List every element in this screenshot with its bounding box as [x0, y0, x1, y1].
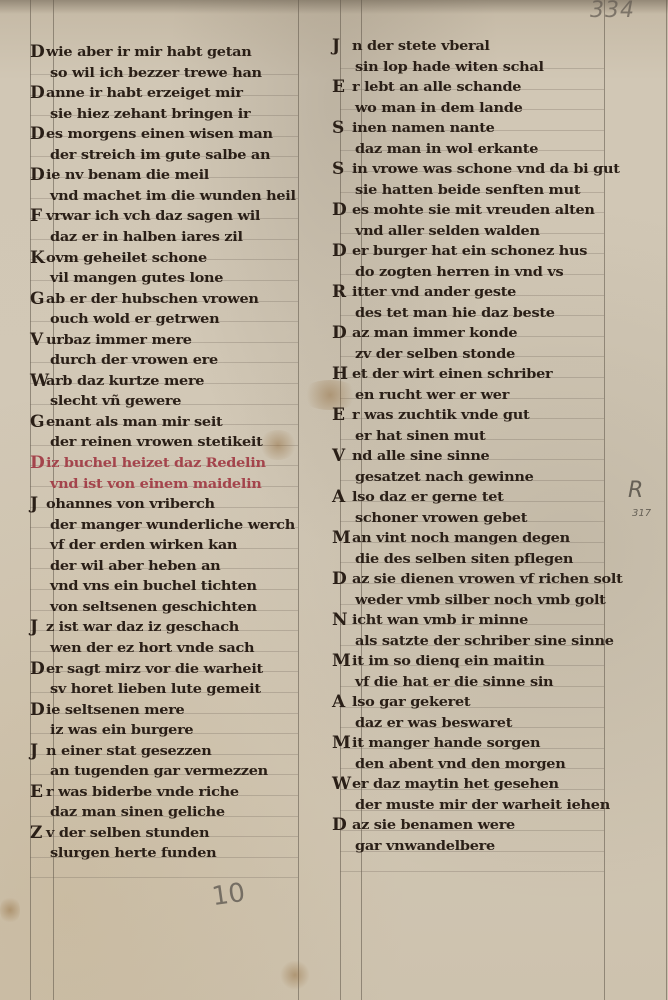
- verse-initial: D: [30, 700, 45, 720]
- verse-initial: D: [30, 659, 45, 679]
- verse-line: v der selben stunden: [46, 825, 209, 841]
- ruling-line: [298, 0, 299, 1000]
- ruling-line: [666, 0, 667, 1000]
- margin-note-number: 317: [632, 508, 651, 519]
- verse-line: ie nv benam die meil: [46, 167, 209, 183]
- verse-line: sin lop hade witen schal: [355, 59, 544, 75]
- verse-line: it manger hande sorgen: [352, 735, 540, 751]
- verse-initial: E: [332, 405, 345, 425]
- verse-line: den abent vnd den morgen: [355, 756, 565, 772]
- verse-line: der wil aber heben an: [50, 558, 220, 574]
- verse-line: enant als man mir seit: [46, 414, 222, 430]
- verse-initial: D: [332, 241, 347, 261]
- verse-line: an vint noch mangen degen: [352, 530, 570, 546]
- verse-initial: F: [30, 206, 42, 226]
- verse-initial: J: [30, 741, 38, 761]
- verse-line: vf die hat er die sinne sin: [355, 674, 553, 690]
- verse-line: urbaz immer mere: [46, 332, 192, 348]
- ruling-line: [30, 877, 298, 878]
- verse-line: daz man in wol erkante: [355, 141, 538, 157]
- verse-line: slurgen herte funden: [50, 845, 216, 861]
- verse-line: ie seltsenen mere: [46, 702, 184, 718]
- verse-line: nd alle sine sinne: [352, 448, 489, 464]
- verse-line: sie hatten beide senften mut: [355, 182, 580, 198]
- verse-line: r lebt an alle schande: [352, 79, 521, 95]
- verse-line: n einer stat gesezzen: [46, 743, 211, 759]
- verse-initial: M: [332, 528, 351, 548]
- verse-initial: D: [30, 453, 45, 473]
- verse-initial: S: [332, 159, 344, 179]
- verse-line: in vrowe was schone vnd da bi gut: [352, 161, 620, 177]
- verse-line: lso gar gekeret: [352, 694, 470, 710]
- manuscript-page: 334 R 317 10 Dwie aber ir mir habt getan…: [0, 0, 668, 1000]
- verse-initial: V: [30, 330, 43, 350]
- verse-line: daz man sinen geliche: [50, 804, 225, 820]
- verse-initial: V: [332, 446, 345, 466]
- verse-initial: E: [332, 77, 345, 97]
- verse-line: sie hiez zehant bringen ir: [50, 106, 250, 122]
- verse-line: ab er der hubschen vrowen: [46, 291, 259, 307]
- verse-initial: A: [332, 692, 345, 712]
- verse-line: er sagt mirz vor die warheit: [46, 661, 263, 677]
- verse-initial: S: [332, 118, 344, 138]
- verse-line: zv der selben stonde: [355, 346, 515, 362]
- verse-line: itter vnd ander geste: [352, 284, 516, 300]
- verse-line: es morgens einen wisen man: [46, 126, 273, 142]
- verse-line: az man immer konde: [352, 325, 517, 341]
- verse-line: vf der erden wirken kan: [50, 537, 237, 553]
- verse-initial: D: [30, 124, 45, 144]
- verse-line: er burger hat ein schonez hus: [352, 243, 587, 259]
- verse-initial: A: [332, 487, 345, 507]
- verse-line: arb daz kurtze mere: [46, 373, 204, 389]
- verse-initial: M: [332, 651, 351, 671]
- verse-line: wie aber ir mir habt getan: [46, 44, 251, 60]
- verse-line: iz was ein burgere: [50, 722, 193, 738]
- verse-initial: N: [332, 610, 348, 630]
- verse-initial: M: [332, 733, 351, 753]
- verse-line: vil mangen gutes lone: [50, 270, 223, 286]
- verse-line: en rucht wer er wer: [355, 387, 509, 403]
- ink-stain: [280, 960, 310, 990]
- verse-line: wo man in dem lande: [355, 100, 523, 116]
- verse-initial: D: [332, 323, 347, 343]
- verse-line: icht wan vmb ir minne: [352, 612, 528, 628]
- verse-line: iz buchel heizet daz Redelin: [46, 455, 266, 471]
- verse-line: der streich im gute salbe an: [50, 147, 270, 163]
- verse-line: vnd vns ein buchel tichten: [50, 578, 257, 594]
- verse-line: des tet man hie daz beste: [355, 305, 555, 321]
- verse-line: sv horet lieben lute gemeit: [50, 681, 261, 697]
- verse-line: vrwar ich vch daz sagen wil: [46, 208, 260, 224]
- verse-line: slecht vñ gewere: [50, 393, 181, 409]
- verse-line: vnd ist von einem maidelin: [50, 476, 262, 492]
- verse-initial: E: [30, 782, 43, 802]
- page-top-shadow: [0, 0, 668, 14]
- verse-line: vnd aller selden walden: [355, 223, 540, 239]
- verse-initial: D: [332, 569, 347, 589]
- verse-initial: K: [30, 248, 45, 268]
- verse-line: az sie benamen were: [352, 817, 515, 833]
- verse-initial: D: [332, 200, 347, 220]
- verse-initial: G: [30, 289, 45, 309]
- ink-stain: [300, 380, 360, 410]
- verse-initial: W: [332, 774, 351, 794]
- verse-line: ouch wold er getrwen: [50, 311, 219, 327]
- verse-line: z ist war daz iz geschach: [46, 619, 239, 635]
- verse-initial: D: [30, 165, 45, 185]
- margin-note-r: R: [628, 478, 643, 503]
- verse-line: ohannes von vriberch: [46, 496, 215, 512]
- verse-line: daz er was beswaret: [355, 715, 512, 731]
- verse-line: der muste mir der warheit iehen: [355, 797, 610, 813]
- ruling-line: [604, 0, 605, 1000]
- verse-initial: D: [30, 42, 45, 62]
- verse-initial: H: [332, 364, 348, 384]
- verse-line: die des selben siten pflegen: [355, 551, 573, 567]
- verse-line: von seltsenen geschichten: [50, 599, 257, 615]
- verse-line: wen der ez hort vnde sach: [50, 640, 254, 656]
- verse-initial: D: [30, 83, 45, 103]
- pencil-mark: 10: [210, 878, 247, 912]
- verse-line: gesatzet nach gewinne: [355, 469, 534, 485]
- verse-line: es mohte sie mit vreuden alten: [352, 202, 595, 218]
- verse-line: so wil ich bezzer trewe han: [50, 65, 262, 81]
- verse-initial: Z: [30, 823, 42, 843]
- verse-line: er daz maytin het gesehen: [352, 776, 559, 792]
- verse-line: vnd machet im die wunden heil: [50, 188, 296, 204]
- verse-initial: G: [30, 412, 45, 432]
- verse-line: lso daz er gerne tet: [352, 489, 504, 505]
- verse-line: als satzte der schriber sine sinne: [355, 633, 614, 649]
- verse-line: der manger wunderliche werch: [50, 517, 295, 533]
- verse-initial: R: [332, 282, 346, 302]
- verse-line: anne ir habt erzeiget mir: [46, 85, 243, 101]
- verse-line: schoner vrowen gebet: [355, 510, 527, 526]
- verse-line: daz er in halben iares zil: [50, 229, 243, 245]
- verse-initial: J: [30, 617, 38, 637]
- verse-line: n der stete vberal: [352, 38, 490, 54]
- verse-line: inen namen nante: [352, 120, 495, 136]
- verse-initial: D: [332, 815, 347, 835]
- ruling-line: [340, 871, 604, 872]
- verse-initial: J: [332, 36, 340, 56]
- folio-number: 334: [590, 0, 635, 23]
- verse-line: it im so dienq ein maitin: [352, 653, 544, 669]
- ink-stain: [0, 895, 20, 925]
- verse-line: et der wirt einen schriber: [352, 366, 552, 382]
- verse-line: der reinen vrowen stetikeit: [50, 434, 263, 450]
- verse-line: az sie dienen vrowen vf richen solt: [352, 571, 622, 587]
- verse-line: an tugenden gar vermezzen: [50, 763, 268, 779]
- verse-line: r was zuchtik vnde gut: [352, 407, 529, 423]
- verse-line: durch der vrowen ere: [50, 352, 218, 368]
- verse-line: er hat sinen mut: [355, 428, 485, 444]
- verse-line: do zogten herren in vnd vs: [355, 264, 563, 280]
- verse-line: weder vmb silber noch vmb golt: [355, 592, 606, 608]
- verse-line: gar vnwandelbere: [355, 838, 495, 854]
- verse-line: ovm geheilet schone: [46, 250, 207, 266]
- verse-initial: J: [30, 494, 38, 514]
- verse-line: r was biderbe vnde riche: [46, 784, 239, 800]
